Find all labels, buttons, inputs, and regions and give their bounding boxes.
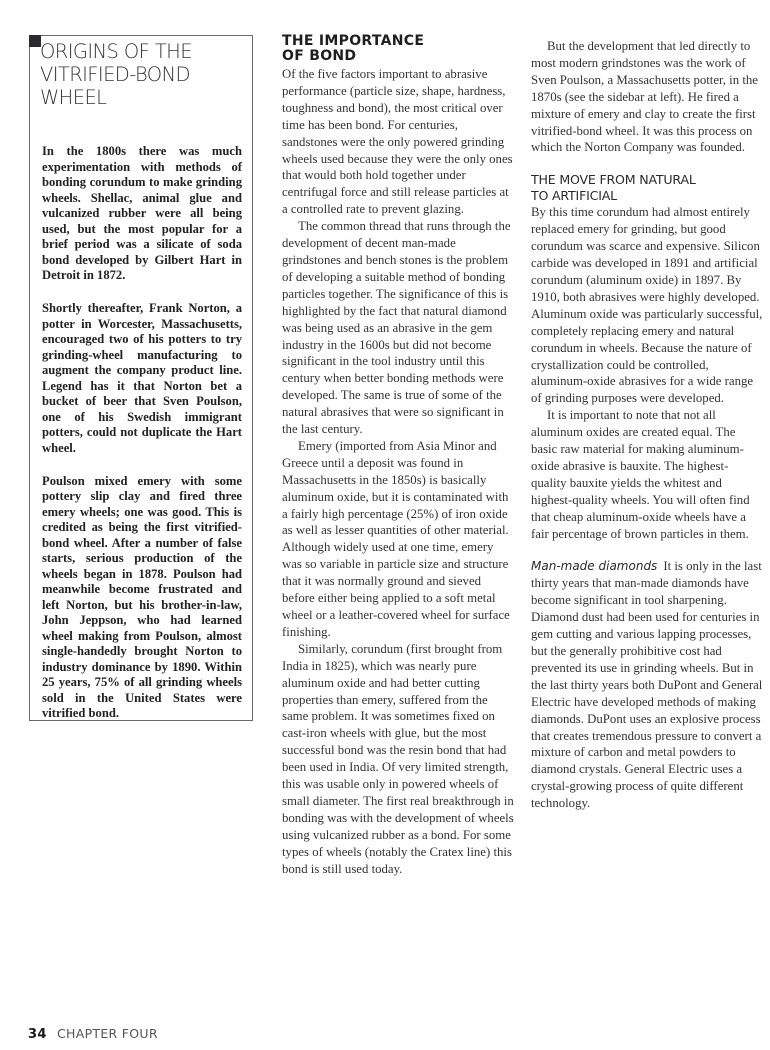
sidebar-body: In the 1800s there was much experimentat… <box>42 144 242 739</box>
sidebar-paragraph: In the 1800s there was much experimentat… <box>42 144 242 284</box>
runin-heading: Man-made diamonds <box>531 559 657 573</box>
heading-line: THE IMPORTANCE <box>282 33 424 49</box>
sidebar-paragraph: Shortly thereafter, Frank Norton, a pott… <box>42 301 242 456</box>
body-paragraph: Similarly, corundum (first brought from … <box>282 641 514 878</box>
middle-column: THE IMPORTANCE OF BOND Of the five facto… <box>282 34 514 878</box>
sidebar-box: ORIGINS OF THE VITRIFIED-BOND WHEEL In t… <box>29 35 253 721</box>
body-paragraph: It is important to note that not all alu… <box>531 407 763 542</box>
runin-paragraph: Man-made diamondsIt is only in the last … <box>531 558 763 812</box>
sidebar-paragraph: Poulson mixed emery with some pottery sl… <box>42 474 242 722</box>
heading-line: OF BOND <box>282 48 356 64</box>
runin-text: It is only in the last thirty years that… <box>531 559 762 810</box>
spacer <box>531 542 763 558</box>
sidebar-title: ORIGINS OF THE VITRIFIED-BOND WHEEL <box>40 40 240 109</box>
page-number: 34 <box>28 1027 47 1042</box>
body-paragraph: But the development that led directly to… <box>531 38 763 156</box>
sidebar-title-line: VITRIFIED-BOND <box>40 63 190 86</box>
section-heading-natural-to-artificial: THE MOVE FROM NATURAL TO ARTIFICIAL <box>531 172 763 204</box>
heading-line: TO ARTIFICIAL <box>531 188 617 203</box>
body-paragraph: Of the five factors important to abrasiv… <box>282 66 514 218</box>
body-paragraph: The common thread that runs through the … <box>282 218 514 438</box>
body-paragraph: By this time corundum had almost entirel… <box>531 204 763 407</box>
section-heading-importance-of-bond: THE IMPORTANCE OF BOND <box>282 34 514 64</box>
heading-line: THE MOVE FROM NATURAL <box>531 172 696 187</box>
chapter-label: CHAPTER FOUR <box>57 1026 158 1041</box>
page-footer: 34 CHAPTER FOUR <box>28 1026 158 1042</box>
body-paragraph: Emery (imported from Asia Minor and Gree… <box>282 438 514 641</box>
right-column: But the development that led directly to… <box>531 38 763 812</box>
sidebar-title-line: ORIGINS OF THE <box>40 40 192 63</box>
sidebar-title-line: WHEEL <box>40 86 106 109</box>
